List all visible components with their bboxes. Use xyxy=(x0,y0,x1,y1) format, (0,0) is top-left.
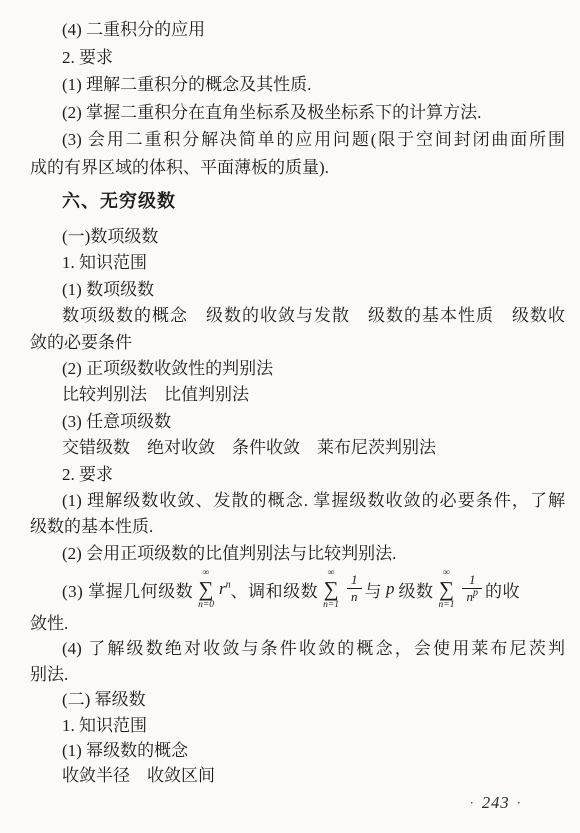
formula-line-series-req3: (3) 掌握几何级数 ∞ ∑ n=0 rn 、调和级数 ∞ ∑ n=1 1 n … xyxy=(30,567,565,611)
p-variable: p xyxy=(386,579,395,599)
sum-lower-limit: n=1 xyxy=(439,600,455,610)
text-line-series-req1-part1: (1) 理解级数收敛、发散的概念. 掌握级数收敛的必要条件，了解 xyxy=(30,488,565,514)
formula-mid-text3: 级数 xyxy=(399,577,434,602)
text-line-req3-wrap: 敛性. xyxy=(30,611,565,636)
formula-mid-text1: 、调和级数 xyxy=(231,577,319,602)
text-line-knowledge-scope: 1. 知识范围 xyxy=(30,250,565,276)
text-line-p1-terms: 收敛半径 收敛区间 xyxy=(30,763,565,788)
geometric-term: rn xyxy=(219,579,231,599)
text-line-k1-terms-part1: 数项级数的概念 级数的收敛与发散 级数的基本性质 级数收 xyxy=(30,303,565,329)
subsection-title-number-series: (一)数项级数 xyxy=(30,224,565,250)
formula-tail-text: 的收 xyxy=(485,577,520,602)
text-line-p1: (1) 幂级数的概念 xyxy=(30,738,565,763)
text-line-series-req1-part2: 级数的基本性质. xyxy=(30,514,565,540)
sigma-icon: ∑ xyxy=(439,579,454,600)
summation-harmonic-series: ∞ ∑ n=1 xyxy=(323,568,339,610)
text-line-req3-part2: 成的有界区域的体积、平面薄板的质量). xyxy=(30,154,565,182)
number-series-section: (一)数项级数 1. 知识范围 (1) 数项级数 数项级数的概念 级数的收敛与发… xyxy=(30,224,565,567)
sum-lower-limit: n=0 xyxy=(198,600,214,610)
text-line-req2: (2) 掌握二重积分在直角坐标系及极坐标系下的计算方法. xyxy=(30,99,565,127)
formula-lead-text: (3) 掌握几何级数 xyxy=(62,577,193,602)
text-line-k3: (3) 任意项级数 xyxy=(30,409,565,435)
text-line-k1-terms-part2: 敛的必要条件 xyxy=(30,330,565,356)
summation-p-series: ∞ ∑ n=1 xyxy=(439,568,455,610)
sigma-icon: ∑ xyxy=(199,579,214,600)
text-line-series-req4-part1: (4) 了解级数绝对收敛与条件收敛的概念，会使用莱布尼茨判 xyxy=(30,636,565,661)
section-heading-infinite-series: 六、无穷级数 xyxy=(30,187,565,216)
formula-mid-text2: 与 xyxy=(365,577,383,602)
text-line-knowledge-scope2: 1. 知识范围 xyxy=(30,713,565,738)
text-line-series-req2: (2) 会用正项级数的比值判别法与比较判别法. xyxy=(30,541,565,567)
sigma-icon: ∑ xyxy=(324,579,339,600)
fraction-one-over-n-p: 1 np xyxy=(462,573,482,605)
text-line-req3-part1: (3) 会用二重积分解决简单的应用问题(限于空间封闭曲面所围 xyxy=(30,126,565,154)
text-line-k2: (2) 正项级数收敛性的判别法 xyxy=(30,356,565,382)
text-line-k2-terms: 比较判别法 比值判别法 xyxy=(30,382,565,408)
text-line-k1: (1) 数项级数 xyxy=(30,277,565,303)
text-line-requirements-label: 2. 要求 xyxy=(30,44,565,72)
fraction-one-over-n: 1 n xyxy=(347,573,362,605)
text-line-requirements-label2: 2. 要求 xyxy=(30,462,565,488)
page-number-value: 243 xyxy=(482,793,510,812)
scanned-book-page: (4) 二重积分的应用 2. 要求 (1) 理解二重积分的概念及其性质. (2)… xyxy=(0,0,580,833)
summation-geometric-series: ∞ ∑ n=0 xyxy=(198,568,214,610)
power-series-section: 敛性. (4) 了解级数绝对收敛与条件收敛的概念，会使用莱布尼茨判 别法. (二… xyxy=(30,611,565,789)
text-line-item4: (4) 二重积分的应用 xyxy=(30,16,565,44)
page-number: ·243· xyxy=(30,791,565,815)
sum-lower-limit: n=1 xyxy=(323,600,339,610)
subsection-title-power-series: (二) 幂级数 xyxy=(30,687,565,712)
text-line-series-req4-part2: 别法. xyxy=(30,662,565,687)
text-line-k3-terms: 交错级数 绝对收敛 条件收敛 莱布尼茨判别法 xyxy=(30,435,565,461)
page-number-right-dot: · xyxy=(517,795,522,810)
page-number-left-dot: · xyxy=(470,795,475,810)
text-line-req1: (1) 理解二重积分的概念及其性质. xyxy=(30,71,565,99)
double-integral-requirements-section: (4) 二重积分的应用 2. 要求 (1) 理解二重积分的概念及其性质. (2)… xyxy=(30,16,565,181)
